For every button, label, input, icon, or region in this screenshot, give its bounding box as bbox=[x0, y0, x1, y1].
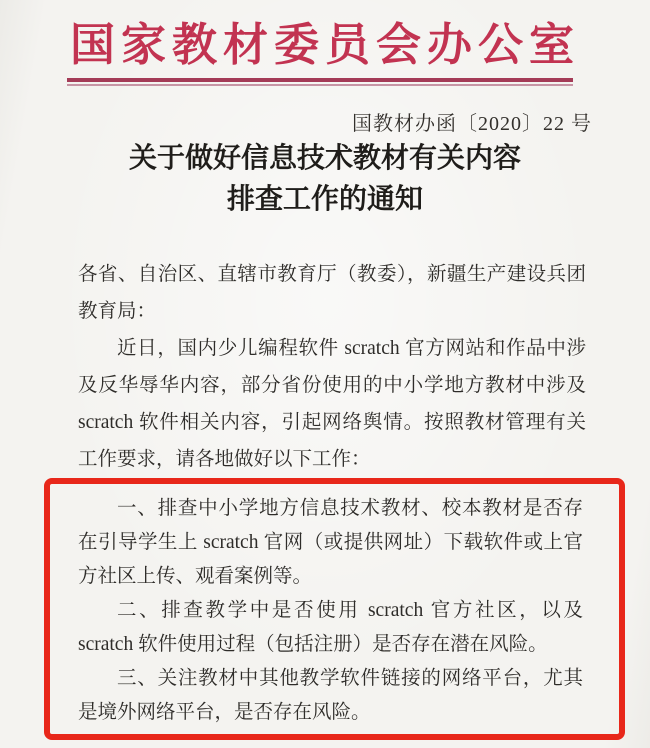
highlighted-item-1: 一、排查中小学地方信息技术教材、校本教材是否存在引导学生上 scratch 官网… bbox=[78, 492, 583, 594]
header-divider-thin-line bbox=[67, 84, 573, 86]
issuing-org-title: 国家教材委员会办公室 bbox=[0, 8, 650, 73]
highlighted-item-2: 二、排查教学中是否使用 scratch 官方社区，以及 scratch 软件使用… bbox=[78, 594, 583, 662]
intro-paragraph: 近日，国内少儿编程软件 scratch 官方网站和作品中涉及反华辱华内容，部分省… bbox=[78, 330, 586, 478]
salutation: 各省、自治区、直辖市教育厅（教委），新疆生产建设兵团教育局： bbox=[78, 256, 586, 330]
document-title-line1: 关于做好信息技术教材有关内容 bbox=[129, 143, 521, 174]
highlight-box: 一、排查中小学地方信息技术教材、校本教材是否存在引导学生上 scratch 官网… bbox=[44, 478, 625, 740]
header-divider-thick-line bbox=[67, 78, 573, 82]
header-divider bbox=[67, 78, 573, 86]
document-title: 关于做好信息技术教材有关内容 排查工作的通知 bbox=[0, 138, 650, 220]
highlighted-item-3: 三、关注教材中其他教学软件链接的网络平台，尤其是境外网络平台，是否存在风险。 bbox=[78, 662, 583, 730]
document-number: 国教材办函〔2020〕22 号 bbox=[352, 107, 592, 136]
document-page: 国家教材委员会办公室 国教材办函〔2020〕22 号 关于做好信息技术教材有关内… bbox=[0, 0, 650, 748]
document-title-line2: 排查工作的通知 bbox=[227, 184, 423, 215]
document-body: 各省、自治区、直辖市教育厅（教委），新疆生产建设兵团教育局： 近日，国内少儿编程… bbox=[78, 256, 586, 478]
